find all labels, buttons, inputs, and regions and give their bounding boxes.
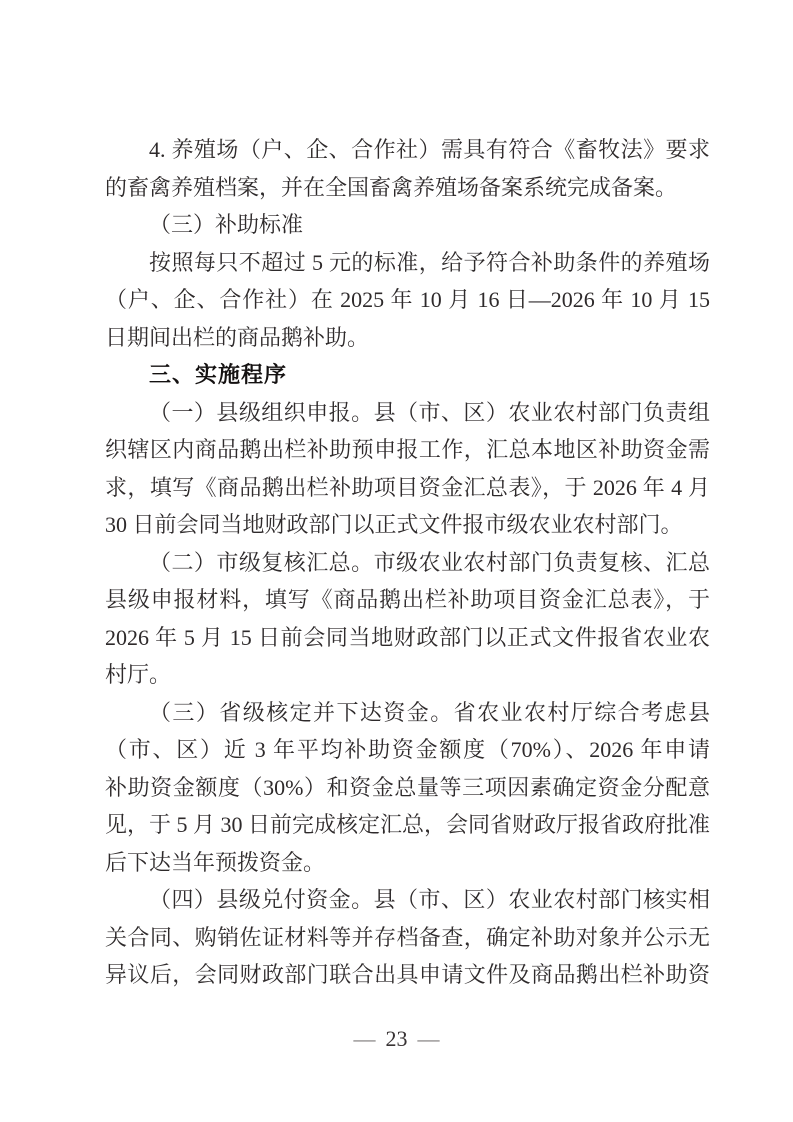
text-line: 关合同、购销佐证材料等并存档备查，确定补助对象并公示无 [105, 919, 710, 957]
text-line: 的畜禽养殖档案，并在全国畜禽养殖场备案系统完成备案。 [105, 169, 710, 207]
text-line: 县级申报材料，填写《商品鹅出栏补助项目资金汇总表》，于 [105, 581, 710, 619]
text-line: 见，于 5 月 30 日前完成核定汇总，会同省财政厅报省政府批准 [105, 806, 710, 844]
text-line: 30 日前会同当地财政部门以正式文件报市级农业农村部门。 [105, 506, 710, 544]
sub-section-heading: （三）补助标准 [105, 206, 710, 244]
text-line: 村厅。 [105, 656, 710, 694]
text-line: （市、区）近 3 年平均补助资金额度（70%）、2026 年申请 [105, 731, 710, 769]
document-page: 4. 养殖场（户、企、合作社）需具有符合《畜牧法》要求的畜禽养殖档案，并在全国畜… [0, 0, 793, 1122]
text-line: （户、企、合作社）在 2025 年 10 月 16 日—2026 年 10 月 … [105, 281, 710, 319]
text-line: 求，填写《商品鹅出栏补助项目资金汇总表》，于 2026 年 4 月 [105, 469, 710, 507]
document-body: 4. 养殖场（户、企、合作社）需具有符合《畜牧法》要求的畜禽养殖档案，并在全国畜… [105, 131, 710, 994]
section-heading: 三、实施程序 [105, 356, 710, 394]
page-number: 23 [376, 1026, 418, 1051]
text-line: 补助资金额度（30%）和资金总量等三项因素确定资金分配意 [105, 769, 710, 807]
text-line: 2026 年 5 月 15 日前会同当地财政部门以正式文件报省农业农 [105, 619, 710, 657]
text-line: 织辖区内商品鹅出栏补助预申报工作，汇总本地区补助资金需 [105, 431, 710, 469]
page-footer: —23— [0, 1024, 793, 1054]
text-line: 异议后，会同财政部门联合出具申请文件及商品鹅出栏补助资 [105, 956, 710, 994]
text-line: 日期间出栏的商品鹅补助。 [105, 319, 710, 357]
text-line: 4. 养殖场（户、企、合作社）需具有符合《畜牧法》要求 [105, 131, 710, 169]
text-line: （三）省级核定并下达资金。省农业农村厅综合考虑县 [105, 694, 710, 732]
footer-left-dash: — [354, 1026, 376, 1051]
footer-right-dash: — [418, 1026, 440, 1051]
text-line: 后下达当年预拨资金。 [105, 844, 710, 882]
text-line: 按照每只不超过 5 元的标准，给予符合补助条件的养殖场 [105, 244, 710, 282]
text-line: （四）县级兑付资金。县（市、区）农业农村部门核实相 [105, 881, 710, 919]
text-line: （二）市级复核汇总。市级农业农村部门负责复核、汇总 [105, 544, 710, 582]
text-line: （一）县级组织申报。县（市、区）农业农村部门负责组 [105, 394, 710, 432]
